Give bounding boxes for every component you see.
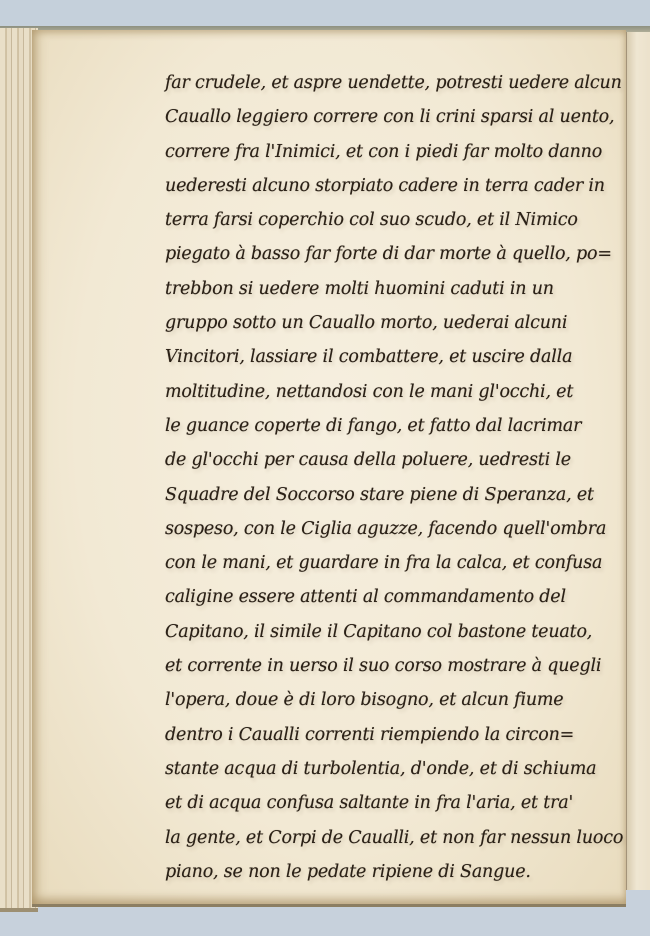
manuscript-line: piano, se non le pedate ripiene di Sangu… bbox=[165, 855, 625, 889]
manuscript-line: le guance coperte di fango, et fatto dal… bbox=[165, 409, 625, 443]
manuscript-line: l'opera, doue è di loro bisogno, et alcu… bbox=[165, 683, 625, 717]
manuscript-line: far crudele, et aspre uendette, potresti… bbox=[165, 66, 625, 100]
manuscript-line: Squadre del Soccorso stare piene di Sper… bbox=[165, 478, 625, 512]
manuscript-line: correre fra l'Inimici, et con i piedi fa… bbox=[165, 135, 625, 169]
manuscript-line: sospeso, con le Ciglia aguzze, facendo q… bbox=[165, 512, 625, 546]
manuscript-line: trebbon si uedere molti huomini caduti i… bbox=[165, 272, 625, 306]
manuscript-line: uederesti alcuno storpiato cadere in ter… bbox=[165, 169, 625, 203]
manuscript-line: Vincitori, lassiare il combattere, et us… bbox=[165, 340, 625, 374]
manuscript-line: et corrente in uerso il suo corso mostra… bbox=[165, 649, 625, 683]
manuscript-line: la gente, et Corpi de Caualli, et non fa… bbox=[165, 821, 625, 855]
manuscript-line: moltitudine, nettandosi con le mani gl'o… bbox=[165, 375, 625, 409]
manuscript-line: stante acqua di turbolentia, d'onde, et … bbox=[165, 752, 625, 786]
manuscript-line: Capitano, il simile il Capitano col bast… bbox=[165, 615, 625, 649]
manuscript-text: far crudele, et aspre uendette, potresti… bbox=[165, 66, 625, 889]
facing-page-edge bbox=[626, 32, 650, 890]
manuscript-line: terra farsi coperchio col suo scudo, et … bbox=[165, 203, 625, 237]
manuscript-line: et di acqua confusa saltante in fra l'ar… bbox=[165, 786, 625, 820]
manuscript-line: de gl'occhi per causa della poluere, ued… bbox=[165, 443, 625, 477]
manuscript-line: con le mani, et guardare in fra la calca… bbox=[165, 546, 625, 580]
manuscript-line: dentro i Caualli correnti riempiendo la … bbox=[165, 718, 625, 752]
manuscript-line: gruppo sotto un Cauallo morto, uederai a… bbox=[165, 306, 625, 340]
manuscript-line: Cauallo leggiero correre con li crini sp… bbox=[165, 100, 625, 134]
manuscript-line: caligine essere attenti al commandamento… bbox=[165, 580, 625, 614]
manuscript-line: piegato à basso far forte di dar morte à… bbox=[165, 237, 625, 271]
